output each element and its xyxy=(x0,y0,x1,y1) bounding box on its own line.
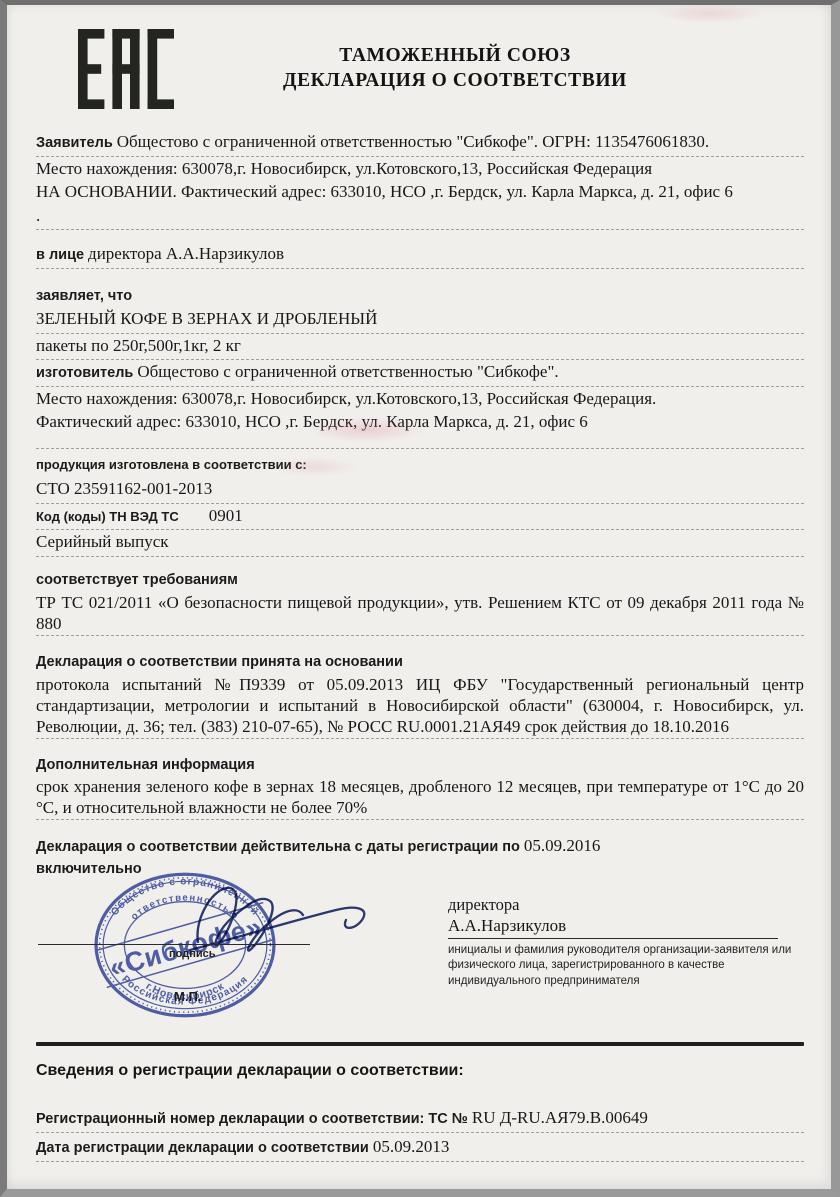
pink-scan-smudge xyxy=(655,5,765,23)
title-line-2: ДЕКЛАРАЦИЯ О СООТВЕТСТВИИ xyxy=(176,68,734,93)
production-label: продукция изготовлена в соответствии с: xyxy=(36,457,307,472)
applicant-trailing-dot: . xyxy=(36,206,40,225)
stamp-place-label: М.П. xyxy=(174,989,201,1004)
registration-date-label: Дата регистрации декларации о соответств… xyxy=(36,1140,369,1156)
additional-text: срок хранения зеленого кофе в зернах 18 … xyxy=(36,776,804,820)
production-standard: СТО 23591162-001-2013 xyxy=(36,479,212,498)
applicant-value: Общестово с ограниченной ответственность… xyxy=(117,132,709,151)
signatory-position: директора xyxy=(448,894,800,915)
applicant-basis: НА ОСНОВАНИИ. Фактический адрес: 633010,… xyxy=(36,182,733,201)
title-line-1: ТАМОЖЕННЫЙ СОЮЗ xyxy=(176,43,734,68)
person-section: в лице директора А.А.Нарзикулов xyxy=(36,243,804,269)
basis-label: Декларация о соответствии принята на осн… xyxy=(36,654,403,670)
document-header: ТАМОЖЕННЫЙ СОЮЗ ДЕКЛАРАЦИЯ О СООТВЕТСТВИ… xyxy=(36,27,804,121)
signatory-line xyxy=(448,938,778,939)
basis-section: Декларация о соответствии принята на осн… xyxy=(36,651,804,739)
registration-date-value: 05.09.2013 xyxy=(373,1137,450,1156)
handwritten-signature xyxy=(184,878,402,970)
eac-mark-icon xyxy=(78,29,174,109)
product-packaging: пакеты по 250г,500г,1кг, 2 кг xyxy=(36,336,241,355)
compliance-section: соответствует требованиям ТР ТС 021/2011… xyxy=(36,570,804,637)
applicant-section: Заявитель Общестово с ограниченной ответ… xyxy=(36,131,804,230)
production-standard-section: продукция изготовлена в соответствии с: … xyxy=(36,456,804,557)
manufacturer-section: изготовитель Общестово с ограниченной от… xyxy=(36,361,804,449)
registration-number-label: Регистрационный номер декларации о соотв… xyxy=(36,1111,468,1127)
additional-info-section: Дополнительная информация срок хранения … xyxy=(36,754,804,821)
tnved-code-label: Код (коды) ТН ВЭД ТС xyxy=(36,509,179,524)
registration-section: Регистрационный номер декларации о соотв… xyxy=(36,1106,804,1162)
basis-text: протокола испытаний №П9339 от 05.09.2013… xyxy=(36,674,804,739)
declares-label: заявляет, что xyxy=(36,288,132,304)
validity-date: 05.09.2016 xyxy=(524,836,601,855)
registration-number-row: Регистрационный номер декларации о соотв… xyxy=(36,1106,804,1133)
manufacturer-label: изготовитель xyxy=(36,365,133,381)
signatory-name: А.А.Нарзикулов xyxy=(448,915,800,936)
tnved-code-value: 0901 xyxy=(209,506,243,525)
declares-section: заявляет, что ЗЕЛЕНЫЙ КОФЕ В ЗЕРНАХ И ДР… xyxy=(36,286,804,361)
registration-number-value: RU Д-RU.АЯ79.В.00649 xyxy=(472,1108,648,1127)
product-name: ЗЕЛЕНЫЙ КОФЕ В ЗЕРНАХ И ДРОБЛЕНЫЙ xyxy=(36,309,377,328)
validity-label: Декларация о соответствии действительна … xyxy=(36,839,520,855)
registration-heading: Сведения о регистрации декларации о соот… xyxy=(36,1062,804,1080)
applicant-address: Место нахождения: 630078,г. Новосибирск,… xyxy=(36,159,652,178)
manufacturer-actual-address: Фактический адрес: 633010, НСО ,г. Бердс… xyxy=(36,412,588,431)
additional-label: Дополнительная информация xyxy=(36,757,255,773)
applicant-label: Заявитель xyxy=(36,135,113,151)
manufacturer-value: Общестово с ограниченной ответственность… xyxy=(137,362,558,381)
paper-sheet: ТАМОЖЕННЫЙ СОЮЗ ДЕКЛАРАЦИЯ О СООТВЕТСТВИ… xyxy=(0,0,840,1197)
compliance-label: соответствует требованиям xyxy=(36,572,238,588)
section-divider xyxy=(36,1042,804,1046)
compliance-text: ТР ТС 021/2011 «О безопасности пищевой п… xyxy=(36,592,804,636)
manufacturer-address: Место нахождения: 630078,г. Новосибирск,… xyxy=(36,389,656,408)
serial-production: Серийный выпуск xyxy=(36,532,169,551)
signature-line xyxy=(38,944,310,945)
person-value: директора А.А.Нарзикулов xyxy=(88,244,284,263)
empty-field-line xyxy=(36,435,804,449)
signature-block: Общество с ограниченной ответственностью… xyxy=(36,884,804,1018)
scanned-declaration-document: ТАМОЖЕННЫЙ СОЮЗ ДЕКЛАРАЦИЯ О СООТВЕТСТВИ… xyxy=(0,0,840,1197)
signature-caption: подпись xyxy=(169,948,216,960)
signatory-note: инициалы и фамилия руководителя организа… xyxy=(448,943,796,990)
signatory-column: директора А.А.Нарзикулов инициалы и фами… xyxy=(448,894,800,990)
registration-date-row: Дата регистрации декларации о соответств… xyxy=(36,1135,804,1162)
person-label: в лице xyxy=(36,247,84,263)
